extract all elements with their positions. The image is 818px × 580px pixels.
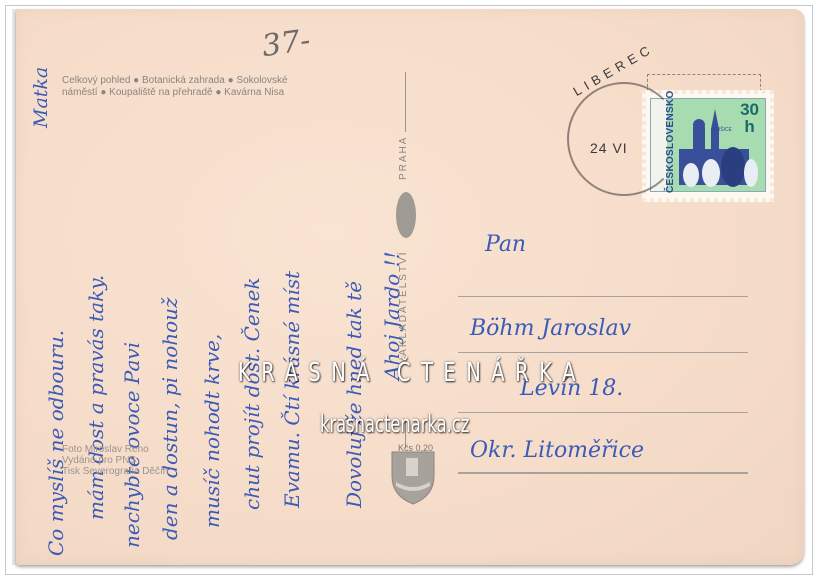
message-line: musíč nohodt krve, <box>200 334 224 528</box>
message-line: Dovoluj že hned tak tě <box>342 281 366 508</box>
address-line <box>458 296 748 297</box>
stamp-value-number: 30 <box>740 101 759 118</box>
publisher-name: NAKLADATELSTVÍ <box>398 250 409 365</box>
stamp-city: KOŠICE <box>713 127 732 133</box>
address-salutation: Pan <box>485 232 526 257</box>
message-line: Evamu. Čtí krásné míst <box>280 271 304 508</box>
stamp-value: 30 h <box>740 101 759 135</box>
stamp-value-unit: h <box>740 118 759 135</box>
credit-print: Tisk Severografia Děčín <box>62 466 168 477</box>
price-note: 37- <box>260 23 313 64</box>
address-line <box>458 412 748 413</box>
caption-line-2: náměstí ● Koupaliště na přehradě ● Kavár… <box>62 87 362 99</box>
message-line: mám dost a pravás taky. <box>84 275 108 520</box>
pressfoto-logo <box>396 192 416 238</box>
caption-line-1: Celkový pohled ● Botanická zahrada ● Sok… <box>62 75 362 87</box>
watermark-url: krasnactenarka.cz <box>320 410 469 438</box>
credit-photo: Foto Miroslav Reno <box>62 444 168 455</box>
tourism-emblem-icon <box>382 446 444 508</box>
message-line: den a dostun, pi nohouž <box>158 297 182 540</box>
photo-credits: Foto Miroslav Reno Vydáno pro PNS Tisk S… <box>62 444 168 477</box>
postmark-circle <box>567 82 681 196</box>
address-line <box>458 472 748 474</box>
address-name: Böhm Jaroslav <box>470 316 631 341</box>
watermark-title: KRÁSNÁ ČTENÁŘKA <box>238 358 586 388</box>
message-line: chut projít dost. Čenek <box>240 277 264 510</box>
publisher-city: PRAHA <box>398 136 409 180</box>
credit-issued: Vydáno pro PNS <box>62 455 168 466</box>
address-line <box>458 352 748 353</box>
message-line: Co myslíš ne odbouru. <box>44 330 68 556</box>
printed-caption: Celkový pohled ● Botanická zahrada ● Sok… <box>62 75 362 99</box>
postmark-date: 24 VI <box>590 140 628 156</box>
margin-note: Matka <box>30 67 52 128</box>
address-district: Okr. Litoměřice <box>470 438 644 463</box>
divider-top <box>405 72 406 132</box>
